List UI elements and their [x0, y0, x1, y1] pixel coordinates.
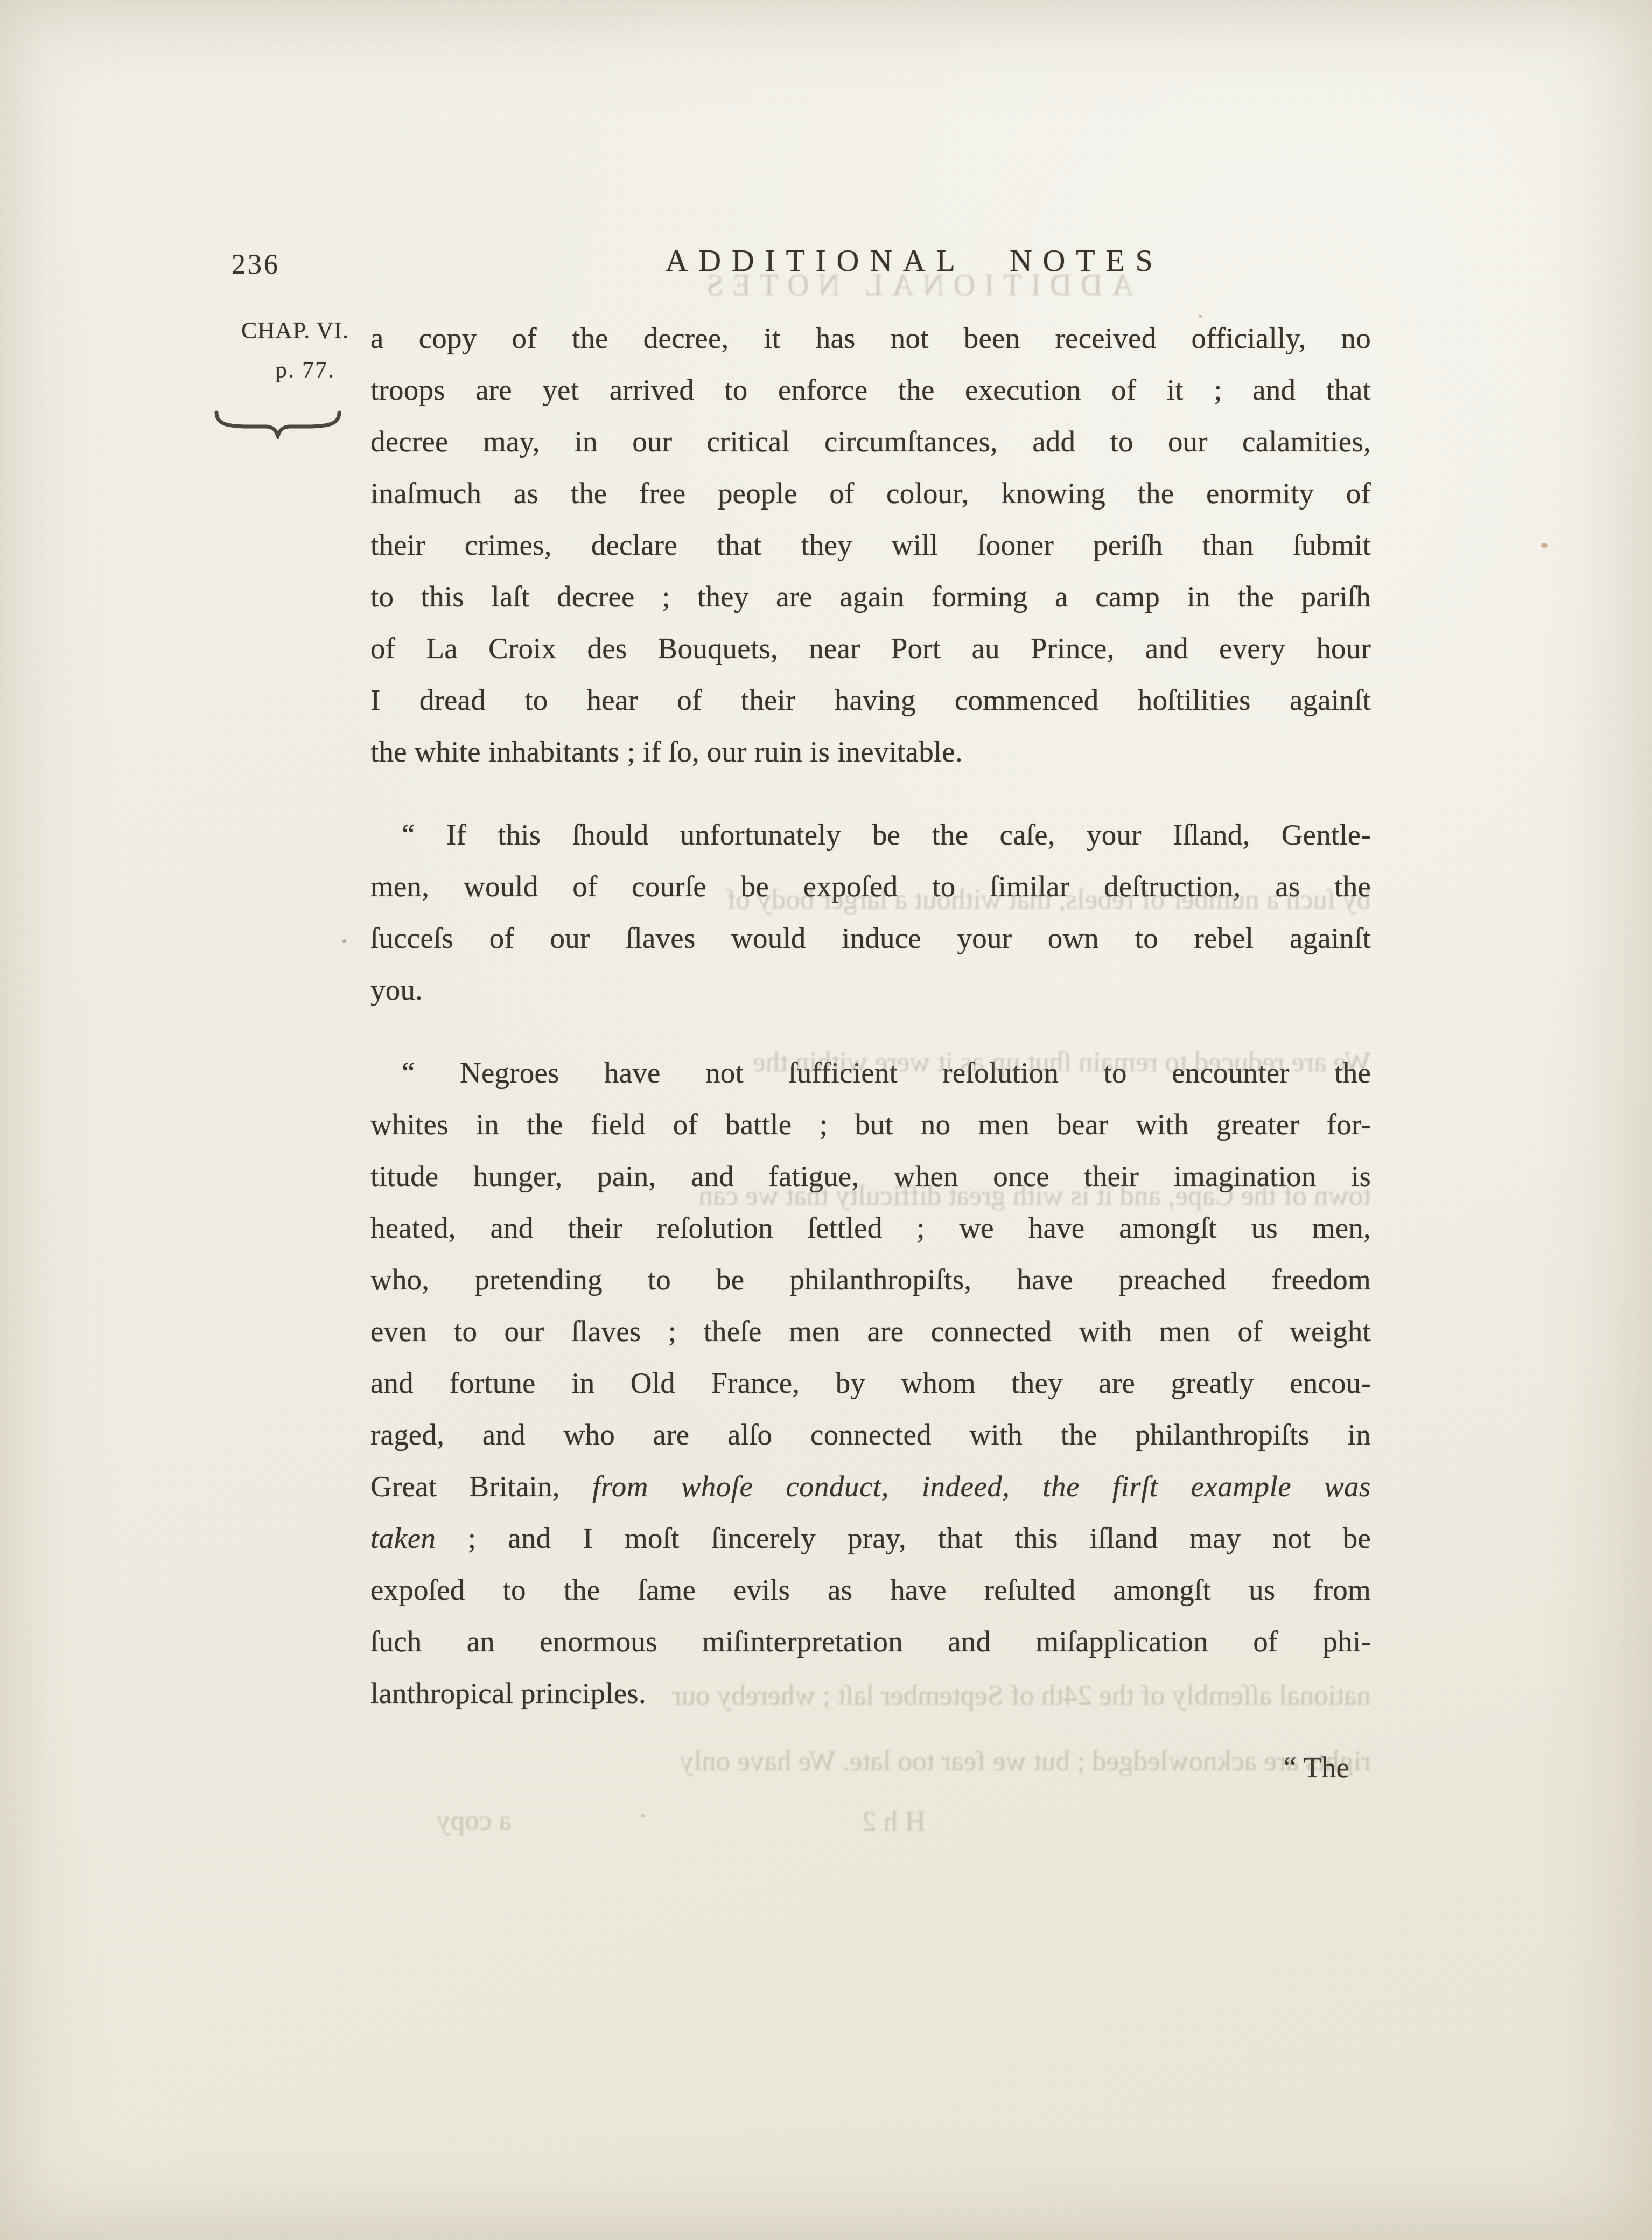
- text-line: “ If this ſhould unfortunately be the ca…: [370, 809, 1371, 861]
- text-segment: expoſed to the ſame evils as have reſult…: [370, 1573, 1371, 1606]
- text-segment: inaſmuch as the free people of colour, k…: [370, 477, 1371, 510]
- text-segment: raged, and who are alſo connected with t…: [370, 1418, 1371, 1451]
- margin-note-page-ref: p. 77.: [204, 356, 335, 383]
- text-segment: a copy of the decree, it has not been re…: [370, 322, 1371, 354]
- text-segment: even to our ſlaves ; theſe men are conne…: [370, 1315, 1371, 1348]
- paper-speck: [1541, 543, 1548, 548]
- text-segment: ſucceſs of our ſlaves would induce your …: [370, 922, 1371, 954]
- page-number: 236: [232, 249, 280, 281]
- text-segment: their crimes, declare that they will ſoo…: [370, 528, 1371, 561]
- text-line: their crimes, declare that they will ſoo…: [370, 519, 1371, 571]
- text-line: you.: [370, 964, 1371, 1016]
- bleedthrough-line: H h 2: [818, 1805, 969, 1838]
- text-line: taken ; and I moſt ſincerely pray, that …: [370, 1512, 1371, 1564]
- text-line: ſuch an enormous miſinterpretation and m…: [370, 1616, 1371, 1667]
- italic-text-segment: taken: [370, 1522, 436, 1554]
- text-line: even to our ſlaves ; theſe men are conne…: [370, 1306, 1371, 1357]
- text-segment: heated, and their reſolution ſettled ; w…: [370, 1211, 1371, 1244]
- italic-text-segment: from whoſe conduct, indeed, the firſt ex…: [592, 1470, 1371, 1503]
- bleedthrough-line: ADDITIONAL NOTES: [619, 268, 1212, 303]
- text-segment: ; and I moſt ſincerely pray, that this i…: [436, 1522, 1371, 1554]
- bleedthrough-line: town of the Cape, and it is with great d…: [370, 1180, 1371, 1212]
- bleedthrough-line: national aſſembly of the 24th of Septemb…: [370, 1679, 1371, 1712]
- margin-note: CHAP. VI. p. 77.: [204, 317, 349, 383]
- body-paragraph: a copy of the decree, it has not been re…: [370, 312, 1371, 778]
- text-line: whites in the field of battle ; but no m…: [370, 1099, 1371, 1150]
- margin-brace-icon: [213, 408, 342, 442]
- text-segment: Great Britain,: [370, 1470, 592, 1503]
- text-line: the white inhabitants ; if ſo, our ruin …: [370, 726, 1371, 778]
- text-line: ſucceſs of our ſlaves would induce your …: [370, 912, 1371, 964]
- text-segment: the white inhabitants ; if ſo, our ruin …: [370, 735, 963, 768]
- text-segment: whites in the field of battle ; but no m…: [370, 1108, 1371, 1141]
- paper-speck: [342, 939, 346, 943]
- paper-speck: [641, 1814, 645, 1817]
- text-line: I dread to hear of their having commence…: [370, 674, 1371, 726]
- text-line: of La Croix des Bouquets, near Port au P…: [370, 623, 1371, 674]
- text-segment: I dread to hear of their having commence…: [370, 683, 1371, 716]
- text-line: raged, and who are alſo connected with t…: [370, 1409, 1371, 1461]
- text-segment: decree may, in our critical circumſtance…: [370, 425, 1371, 458]
- text-segment: you.: [370, 973, 423, 1006]
- text-line: decree may, in our critical circumſtance…: [370, 416, 1371, 467]
- text-segment: ſuch an enormous miſinterpretation and m…: [370, 1625, 1371, 1658]
- margin-note-chapter: CHAP. VI.: [204, 317, 349, 344]
- bleedthrough-line: a copy: [377, 1804, 512, 1837]
- text-segment: of La Croix des Bouquets, near Port au P…: [370, 632, 1371, 665]
- text-line: inaſmuch as the free people of colour, k…: [370, 467, 1371, 519]
- text-segment: who, pretending to be philanthropiſts, h…: [370, 1263, 1371, 1296]
- text-line: troops are yet arrived to enforce the ex…: [370, 364, 1371, 416]
- book-page-scan: 236 ADDITIONAL NOTES CHAP. VI. p. 77. a …: [0, 0, 1652, 2240]
- bleedthrough-line: by ſuch a number of rebels, that without…: [370, 883, 1371, 916]
- bleedthrough-line: rights are acknowledged ; but we fear to…: [370, 1745, 1371, 1777]
- text-line: expoſed to the ſame evils as have reſult…: [370, 1564, 1371, 1616]
- text-line: to this laſt decree ; they are again for…: [370, 571, 1371, 623]
- text-line: who, pretending to be philanthropiſts, h…: [370, 1254, 1371, 1306]
- text-line: a copy of the decree, it has not been re…: [370, 312, 1371, 364]
- body-paragraph: “ Negroes have not ſufficient reſolution…: [370, 1047, 1371, 1719]
- text-segment: and fortune in Old France, by whom they …: [370, 1366, 1371, 1399]
- text-segment: “ If this ſhould unfortunately be the ca…: [402, 818, 1371, 851]
- text-line: and fortune in Old France, by whom they …: [370, 1357, 1371, 1409]
- text-line: Great Britain, from whoſe conduct, indee…: [370, 1461, 1371, 1512]
- text-segment: to this laſt decree ; they are again for…: [370, 580, 1371, 613]
- text-segment: troops are yet arrived to enforce the ex…: [370, 373, 1371, 406]
- bleedthrough-line: We are reduced to remain ſhut up as it w…: [370, 1046, 1371, 1078]
- paper-speck: [1199, 315, 1202, 318]
